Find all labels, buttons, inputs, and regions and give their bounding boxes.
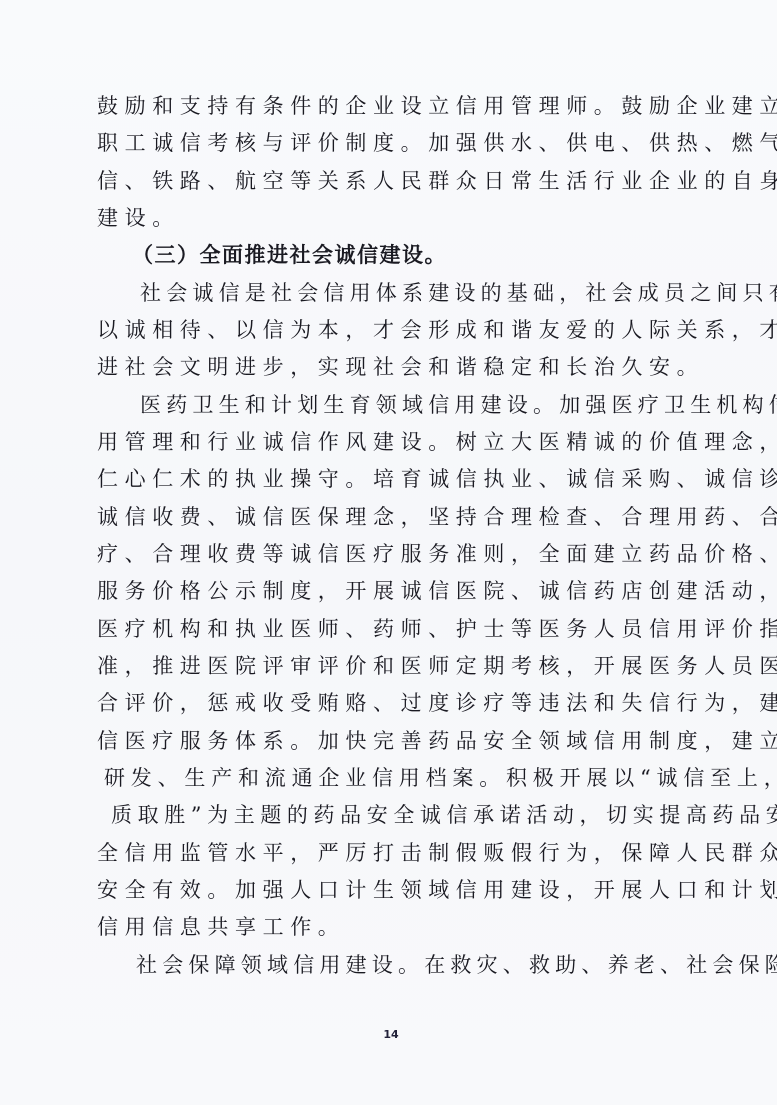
paragraph-line: 信用信息共享工作。 — [97, 912, 687, 942]
paragraph-line: 准，推进医院评审评价和医师定期考核，开展医务人员医德综 — [97, 651, 687, 681]
paragraph-line: 社会诚信是社会信用体系建设的基础，社会成员之间只有 — [140, 278, 730, 308]
paragraph-line: 信、铁路、航空等关系人民群众日常生活行业企业的自身信用 — [97, 166, 687, 196]
paragraph-line: 以诚相待、以信为本，才会形成和谐友爱的人际关系，才能促 — [97, 315, 687, 345]
paragraph-line: 仁心仁术的执业操守。培育诚信执业、诚信采购、诚信诊疗、 — [97, 464, 687, 494]
paragraph-line: 职工诚信考核与评价制度。加强供水、供电、供热、燃气、电 — [97, 128, 687, 158]
paragraph-line: 建设。 — [97, 203, 687, 233]
paragraph-line: 质取胜”为主题的药品安全诚信承诺活动，切实提高药品安 — [111, 800, 701, 830]
paragraph-line: 诚信收费、诚信医保理念，坚持合理检查、合理用药、合理治 — [97, 502, 687, 532]
paragraph-line: 全信用监管水平，严厉打击制假贩假行为，保障人民群众用药 — [97, 838, 687, 868]
paragraph-line: 安全有效。加强人口计生领域信用建设，开展人口和计划生育 — [97, 875, 687, 905]
paragraph-line: 医疗机构和执业医师、药师、护士等医务人员信用评价指标标 — [97, 614, 687, 644]
paragraph-line: 服务价格公示制度，开展诚信医院、诚信药店创建活动，制定 — [97, 576, 687, 606]
paragraph-line: 研发、生产和流通企业信用档案。积极开展以“诚信至上，以 — [104, 763, 694, 793]
page-number: 14 — [381, 1028, 401, 1041]
paragraph-line: 用管理和行业诚信作风建设。树立大医精诚的价值理念，坚持 — [97, 427, 687, 457]
paragraph-line: 合评价，惩戒收受贿赂、过度诊疗等违法和失信行为，建立诚 — [97, 688, 687, 718]
document-page: 鼓励和支持有条件的企业设立信用管理师。鼓励企业建立内部 职工诚信考核与评价制度。… — [0, 0, 777, 1105]
section-heading: （三）全面推进社会诚信建设。 — [132, 240, 722, 270]
paragraph-line: 医药卫生和计划生育领域信用建设。加强医疗卫生机构信 — [140, 390, 730, 420]
paragraph-line: 信医疗服务体系。加快完善药品安全领域信用制度，建立药品 — [97, 726, 687, 756]
paragraph-line: 社会保障领域信用建设。在救灾、救助、养老、社会保险、 — [136, 950, 726, 980]
paragraph-line: 进社会文明进步，实现社会和谐稳定和长治久安。 — [97, 352, 687, 382]
paragraph-line: 鼓励和支持有条件的企业设立信用管理师。鼓励企业建立内部 — [97, 91, 687, 121]
paragraph-line: 疗、合理收费等诚信医疗服务准则，全面建立药品价格、医疗 — [97, 539, 687, 569]
